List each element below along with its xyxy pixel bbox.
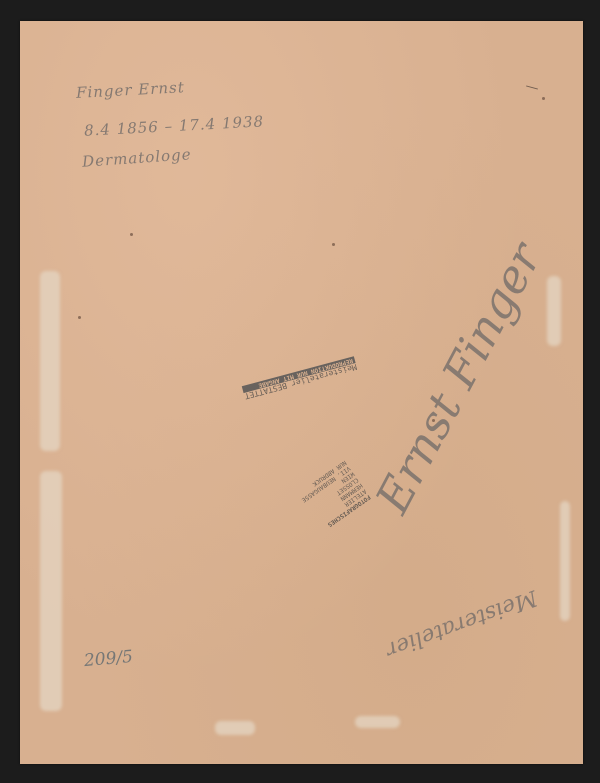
inventory-number: 209/5 <box>83 647 134 671</box>
speck <box>130 233 133 236</box>
stamp-photographer: FOTOGRAFISCHES ATELIER HERMANN CLOSSET W… <box>296 459 371 532</box>
signature-meisteratelier: Meisteratelier <box>383 585 541 663</box>
handwritten-dates: 8.4 1856 – 17.4 1938 <box>84 112 265 139</box>
speck <box>542 97 545 100</box>
stamp-reproduction-notice: Meisteratelier BESTATTET REPRODUKTION NU… <box>242 356 357 399</box>
residue-strip-right-lower <box>560 501 570 621</box>
speck <box>432 419 435 422</box>
signature-ernst-finger: Ernst Finger <box>365 234 552 521</box>
handwritten-profession: Dermatologe <box>82 145 193 171</box>
residue-strip-left-upper <box>40 271 60 451</box>
speck <box>332 243 335 246</box>
residue-strip-bottom-1 <box>215 721 255 735</box>
residue-strip-bottom-2 <box>355 716 400 728</box>
speck <box>78 316 81 319</box>
handwritten-name: Finger Ernst <box>76 78 186 102</box>
archival-card-back: Finger Ernst 8.4 1856 – 17.4 1938 Dermat… <box>20 21 583 764</box>
residue-strip-left-lower <box>40 471 62 711</box>
residue-strip-right-upper <box>547 276 561 346</box>
pencil-mark <box>526 85 538 89</box>
